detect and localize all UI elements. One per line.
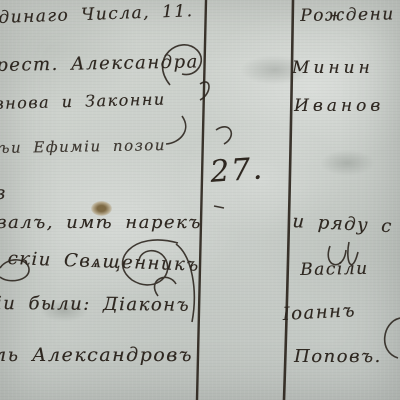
- left-column-line-3: внова и Законни: [0, 90, 166, 113]
- bottom-line-2-right: Васіли: [300, 259, 369, 280]
- flourish-tail: [200, 82, 209, 100]
- bottom-line-4-left: ль Александровъ: [0, 344, 193, 366]
- flourish-right-edge-loop: [385, 318, 400, 358]
- bottom-line-1-left: валъ, имѣ нарекъ: [0, 212, 202, 233]
- bottom-line-2-left: скіи Свѧщенникъ: [7, 248, 200, 276]
- flourish-above-entry-number: [216, 127, 231, 144]
- bottom-line-1-right: и ряду с: [292, 211, 393, 237]
- left-column-line-1: динаго Числа, 11.: [0, 1, 194, 28]
- right-column-line-2: Минин: [292, 58, 374, 78]
- right-column-line-1: Рождени: [300, 4, 395, 26]
- flourish-descender: [166, 116, 186, 144]
- right-column-line-3: Иванов: [294, 96, 384, 116]
- bottom-line-3-left: іи были: Діаконъ: [0, 293, 190, 316]
- bottom-line-4-right: Поповъ.: [294, 346, 382, 367]
- left-column-line-5: з: [0, 182, 7, 204]
- flourish-underscore: [214, 206, 224, 208]
- register-page-scan: динаго Числа, 11. рест. Александра внова…: [0, 0, 400, 400]
- entry-number: 27.: [209, 151, 265, 190]
- flourish-deacon-cap: [154, 277, 176, 296]
- left-column-line-2: рест. Александра: [0, 51, 199, 76]
- bottom-line-3-right: Іоаннъ: [282, 300, 356, 325]
- left-column-line-4: ѣи Ефиміи позои: [0, 136, 166, 157]
- paper-smudge: [320, 150, 375, 176]
